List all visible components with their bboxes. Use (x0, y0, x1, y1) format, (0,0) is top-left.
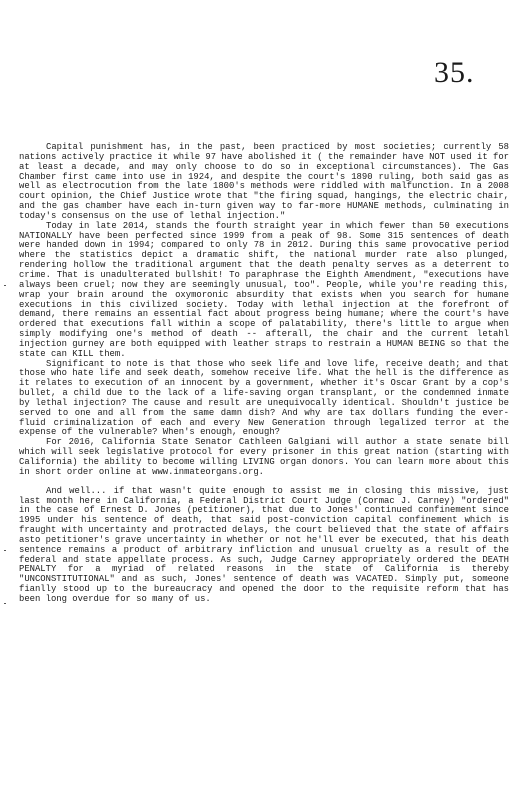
paragraph-execution-statistics: Today in late 2014, stands the fourth st… (19, 222, 509, 360)
paragraph-life-and-death: Significant to note is that those who se… (19, 360, 509, 439)
page-number: 35. (434, 56, 475, 90)
paragraph-organ-donor-bill: For 2016, California State Senator Cathl… (19, 438, 509, 477)
margin-mark (4, 285, 6, 286)
paragraph-jones-ruling: And well... if that wasn't quite enough … (19, 487, 509, 605)
document-page: 35. Capital punishment has, in the past,… (0, 0, 526, 812)
body-text: Capital punishment has, in the past, bee… (19, 143, 509, 605)
margin-mark (4, 603, 6, 604)
margin-mark (4, 550, 6, 551)
paragraph-capital-punishment-history: Capital punishment has, in the past, bee… (19, 143, 509, 222)
